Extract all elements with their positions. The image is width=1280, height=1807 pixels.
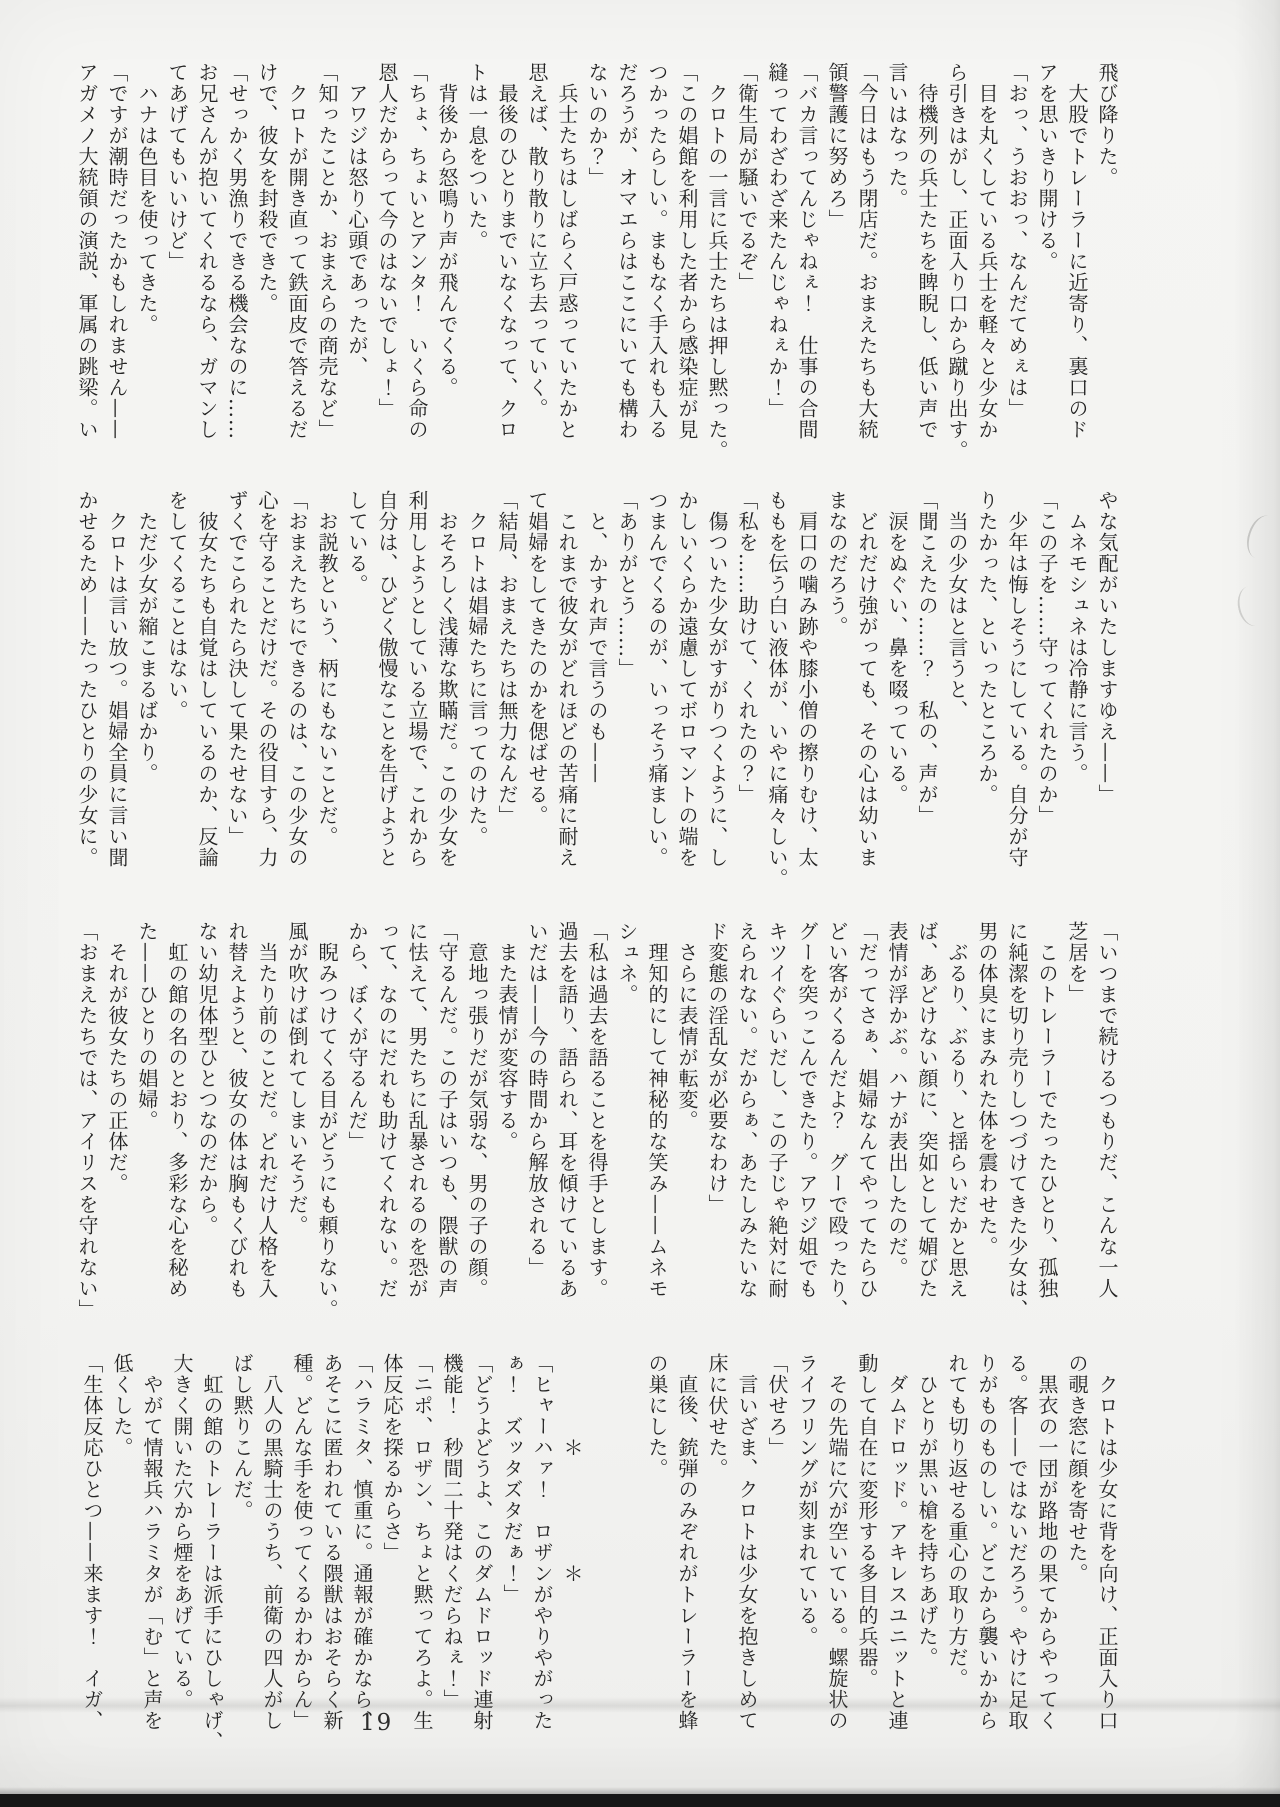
text-column: おそろしく浅薄な欺瞞だ。この少女を	[432, 490, 462, 849]
text-column: 涙をぬぐい、鼻を啜っている。	[882, 490, 912, 849]
text-column: あそこに匿われている隈獣はおそらく新	[317, 1353, 347, 1712]
text-column: している。	[342, 490, 372, 849]
text-column: 「おまえたちにできるのは、この少女の	[282, 490, 312, 849]
text-column: 縫ってわざわざ来たんじゃねぇか！」	[762, 62, 792, 421]
page-bottom-shadow	[0, 1787, 1280, 1794]
text-column: 最後のひとりまでいなくなって、クロ	[492, 62, 522, 421]
text-column: 過去を語り、語られ、耳を傾けているあ	[552, 921, 582, 1280]
text-column: 床に伏せた。	[702, 1353, 732, 1712]
text-band-4: クロトは少女に背を向け、正面入り口の覗き窓に顔を寄せた。 黒衣の一団が路地の果て…	[77, 1353, 1122, 1712]
text-column: に怯えて、男たちに乱暴されるのを恐が	[402, 921, 432, 1280]
text-column: から、ぼくが守るんだ」	[342, 921, 372, 1280]
scan-shadow-strip	[0, 1697, 1280, 1713]
text-column: えられない。だからぁ、あたしみたいな	[732, 921, 762, 1280]
text-column: 「伏せろ」	[762, 1353, 792, 1712]
text-column: 「私は過去を語ることを得手とします。	[582, 921, 612, 1280]
text-band-2: やな気配がいたしますゆえ——」 ムネモシュネは冷静に言う。「この子を……守ってく…	[72, 490, 1122, 849]
text-column: けで、彼女を封殺できた。	[252, 62, 282, 421]
text-column: ひとりが黒い槍を持ちあげた。	[912, 1353, 942, 1712]
text-column: ハナは色目を使ってきた。	[132, 62, 162, 421]
text-column: 思えば、散り散りに立ち去っていく。	[522, 62, 552, 421]
text-column: アワジは怒り心頭であったが、	[342, 62, 372, 421]
text-column: 「だってさぁ、娼婦なんてやってたらひ	[852, 921, 882, 1280]
text-column: の巣にした。	[642, 1353, 672, 1712]
text-column: て娼婦をしてきたのかを偲ばせる。	[522, 490, 552, 849]
text-column: 「生体反応ひとつ——来ます！ イガ、	[77, 1353, 107, 1712]
text-column: ライフリングが刻まれている。	[792, 1353, 822, 1712]
text-column: てあげてもいいけど」	[162, 62, 192, 421]
text-column: ら引きはがし、正面入り口から蹴り出す。	[942, 62, 972, 421]
text-column: 機能！ 秒間二十発はくだらねぇ！」	[437, 1353, 467, 1712]
text-column: 傷ついた少女がすがりつくように、し	[702, 490, 732, 849]
text-column: の覗き窓に顔を寄せた。	[1062, 1353, 1092, 1712]
text-column: どれだけ強がっても、その心は幼いま	[852, 490, 882, 849]
text-column: 意地っ張りだが気弱な、男の子の顔。	[462, 921, 492, 1280]
text-column: 言いざま、クロトは少女を抱きしめて	[732, 1353, 762, 1712]
text-column: 「今日はもう閉店だ。おまえたちも大統	[852, 62, 882, 421]
novel-page-scan: 飛び降りた。 大股でトレーラーに近寄り、裏口のドアを思いきり開ける。「おっ、うお…	[0, 0, 1280, 1807]
text-column: 「ハラミタ、慎重に。通報が確かなら、	[347, 1353, 377, 1712]
text-column: アを思いきり開ける。	[1032, 62, 1062, 421]
text-column: と、かすれ声で言うのも——	[582, 490, 612, 849]
text-column: 言いはなった。	[882, 62, 912, 421]
text-column: 飛び降りた。	[1092, 62, 1122, 421]
text-column: 当の少女はと言うと、	[942, 490, 972, 849]
text-column: 体反応を探るからさ」	[377, 1353, 407, 1712]
text-column: 「ありがとう……」	[612, 490, 642, 849]
text-column: 「ニポ、ロザン、ちょと黙ってろよ。生	[407, 1353, 437, 1712]
text-column: 「結局、おまえたちは無力なんだ」	[492, 490, 522, 849]
text-column: まなのだろう。	[822, 490, 852, 849]
text-column: 睨みつけてくる目がどうにも頼りない。	[312, 921, 342, 1280]
text-column: ずくでこられたら決して果たせない」	[222, 490, 252, 849]
section-separator: ＊ ＊	[557, 1353, 587, 1712]
text-column: その先端に穴が空いている。螺旋状の	[822, 1353, 852, 1712]
text-column: それが彼女たちの正体だ。	[102, 921, 132, 1280]
text-column: ド変態の淫乱女が必要なわけ」	[702, 921, 732, 1280]
text-column: グーを突っこんできたり。アワジ姐でも	[792, 921, 822, 1280]
text-column: やな気配がいたしますゆえ——」	[1092, 490, 1122, 849]
text-column: りがものものしい。どこから襲いかから	[972, 1353, 1002, 1712]
text-column: た——ひとりの娼婦。	[132, 921, 162, 1280]
text-column: 心を守ることだけだ。その役目すら、力	[252, 490, 282, 849]
text-column: 種。どんな手を使ってくるかわからん」	[287, 1353, 317, 1712]
text-column: 「私を……助けて、くれたの？」	[732, 490, 762, 849]
text-column: ぶるり、ぶるり、と揺らいだかと思え	[942, 921, 972, 1280]
text-column: シュネ。	[612, 921, 642, 1280]
text-column: る。客——ではないだろう。やけに足取	[1002, 1353, 1032, 1712]
text-column: 「この娼館を利用した者から感染症が見	[672, 62, 702, 421]
text-column: をしてくることはない。	[162, 490, 192, 849]
text-column: 「聞こえたの……？ 私の、声が」	[912, 490, 942, 849]
text-column: 「守るんだ。この子はいつも、隈獣の声	[432, 921, 462, 1280]
text-column: 芝居を」	[1062, 921, 1092, 1280]
scan-artifact-curve	[1242, 512, 1280, 562]
text-column: 虹の館の名のとおり、多彩な心を秘め	[162, 921, 192, 1280]
text-column: いだは——今の時間から解放される」	[522, 921, 552, 1280]
text-column: つまんでくるのが、いっそう痛ましい。	[642, 490, 672, 849]
text-column: 「バカ言ってんじゃねぇ！ 仕事の合間	[792, 62, 822, 421]
text-column: クロトの一言に兵士たちは押し黙った。	[702, 62, 732, 421]
text-column: アガメノ大統領の演説、軍属の跳梁。い	[72, 62, 102, 421]
text-column: 自分は、ひどく傲慢なことを告げようと	[372, 490, 402, 849]
text-column: 彼女たちも自覚はしているのか、反論	[192, 490, 222, 849]
text-column: 「おまえたちでは、アイリスを守れない」	[72, 921, 102, 1280]
text-column: 領警護に努めろ」	[822, 62, 852, 421]
text-column: ぁ！ ズッタズタだぁ！」	[497, 1353, 527, 1712]
text-column: 背後から怒鳴り声が飛んでくる。	[432, 62, 462, 421]
text-column: ダムドロッド。アキレスユニットと連	[882, 1353, 912, 1712]
text-column: ないのか？」	[582, 62, 612, 421]
text-column: 表情が浮かぶ。ハナが表出したのだ。	[882, 921, 912, 1280]
text-column: ただ少女が縮こまるばかり。	[132, 490, 162, 849]
text-column: 「どうよどうよ、このダムドロッド連射	[467, 1353, 497, 1712]
text-column: 「おっ、うおおっ、なんだてめぇは」	[1002, 62, 1032, 421]
scan-artifact-curve	[1234, 584, 1270, 629]
text-column: 大きく開いた穴から煙をあげている。	[167, 1353, 197, 1712]
text-column: 黒衣の一団が路地の果てからやってく	[1032, 1353, 1062, 1712]
text-column: 低くした。	[107, 1353, 137, 1712]
text-column: やがて情報兵ハラミタが「む」と声を	[137, 1353, 167, 1712]
text-column: 「衛生局が騒いでるぞ」	[732, 62, 762, 421]
text-column: 「ヒャーハァ！ ロザンがやりやがった	[527, 1353, 557, 1712]
text-column: 動して自在に変形する多目的兵器。	[852, 1353, 882, 1712]
text-column: ももを伝う白い液体が、いやに痛々しい。	[762, 490, 792, 849]
text-column: 大股でトレーラーに近寄り、裏口のド	[1062, 62, 1092, 421]
text-column: 兵士たちはしばらく戸惑っていたかと	[552, 62, 582, 421]
text-column: 男の体臭にまみれた体を震わせた。	[972, 921, 1002, 1280]
text-band-1: 飛び降りた。 大股でトレーラーに近寄り、裏口のドアを思いきり開ける。「おっ、うお…	[72, 62, 1122, 421]
text-column: お説教という、柄にもないことだ。	[312, 490, 342, 849]
text-column: クロトは娼婦たちに言ってのけた。	[462, 490, 492, 849]
text-column: かしいくらか遠慮してボロマントの端を	[672, 490, 702, 849]
text-column: 少年は悔しそうにしている。自分が守	[1002, 490, 1032, 849]
text-column: 「この子を……守ってくれたのか」	[1032, 490, 1062, 849]
text-column: クロトは言い放つ。娼婦全員に言い聞	[102, 490, 132, 849]
text-column: 八人の黒騎士のうち、前衛の四人がし	[257, 1353, 287, 1712]
text-column: 「せっかく男漁りできる機会なのに……	[222, 62, 252, 421]
text-column: ば、あどけない顔に、突如として媚びた	[912, 921, 942, 1280]
text-column: 風が吹けば倒れてしまいそうだ。	[282, 921, 312, 1280]
text-column: クロトは少女に背を向け、正面入り口	[1092, 1353, 1122, 1712]
text-column: だろうが、オマエらはここにいても構わ	[612, 62, 642, 421]
text-column: 「ちょ、ちょいとアンタ！ いくら命の	[402, 62, 432, 421]
text-column: つかったらしい。まもなく手入れも入る	[642, 62, 672, 421]
text-column: りたかった、といったところか。	[972, 490, 1002, 849]
text-column: れ替えようと、彼女の体は胸もくびれも	[222, 921, 252, 1280]
text-column: 目を丸くしている兵士を軽々と少女か	[972, 62, 1002, 421]
text-column: これまで彼女がどれほどの苦痛に耐え	[552, 490, 582, 849]
text-column: 「知ったことか、おまえらの商売など」	[312, 62, 342, 421]
text-column: クロトが開き直って鉄面皮で答えるだ	[282, 62, 312, 421]
text-column: 利用しようとしている立場で、これから	[402, 490, 432, 849]
text-column: 肩口の噛み跡や膝小僧の擦りむけ、太	[792, 490, 822, 849]
text-column: また表情が変容する。	[492, 921, 522, 1280]
page-number: 19	[360, 1710, 393, 1736]
page-bottom-edge	[0, 1794, 1280, 1807]
text-column: れても切り返せる重心の取り方だ。	[942, 1353, 972, 1712]
text-column: このトレーラーでたったひとり、孤独	[1032, 921, 1062, 1280]
text-column: どい客がくるんだよ？ グーで殴ったり、	[822, 921, 852, 1280]
text-column: 「いつまで続けるつもりだ、こんな一人	[1092, 921, 1122, 1280]
text-column: トは一息をついた。	[462, 62, 492, 421]
text-column: 恩人だからって今のはないでしょ！」	[372, 62, 402, 421]
text-column: に純潔を切り売りしつづけてきた少女は、	[1002, 921, 1032, 1280]
text-column: かせるため——たったひとりの少女に。	[72, 490, 102, 849]
text-column: 直後、銃弾のみぞれがトレーラーを蜂	[672, 1353, 702, 1712]
text-band-3: 「いつまで続けるつもりだ、こんな一人芝居を」 このトレーラーでたったひとり、孤独…	[72, 921, 1122, 1280]
text-column: お兄さんが抱いてくれるなら、ガマンし	[192, 62, 222, 421]
text-column: ムネモシュネは冷静に言う。	[1062, 490, 1092, 849]
text-column: 虹の館のトレーラーは派手にひしゃげ、	[197, 1353, 227, 1712]
text-column: 当たり前のことだ。どれだけ人格を入	[252, 921, 282, 1280]
text-column: 待機列の兵士たちを睥睨し、低い声で	[912, 62, 942, 421]
text-column: 理知的にして神秘的な笑み——ムネモ	[642, 921, 672, 1280]
text-column: 「ですが潮時だったかもしれません——	[102, 62, 132, 421]
text-column: キツイぐらいだし、この子じゃ絶対に耐	[762, 921, 792, 1280]
text-column: ない幼児体型ひとつなのだから。	[192, 921, 222, 1280]
text-column: って、なのにだれも助けてくれない。だ	[372, 921, 402, 1280]
page-edge-shading	[1234, 0, 1280, 1807]
text-column: さらに表情が転変。	[672, 921, 702, 1280]
text-column: ばし黙りこんだ。	[227, 1353, 257, 1712]
